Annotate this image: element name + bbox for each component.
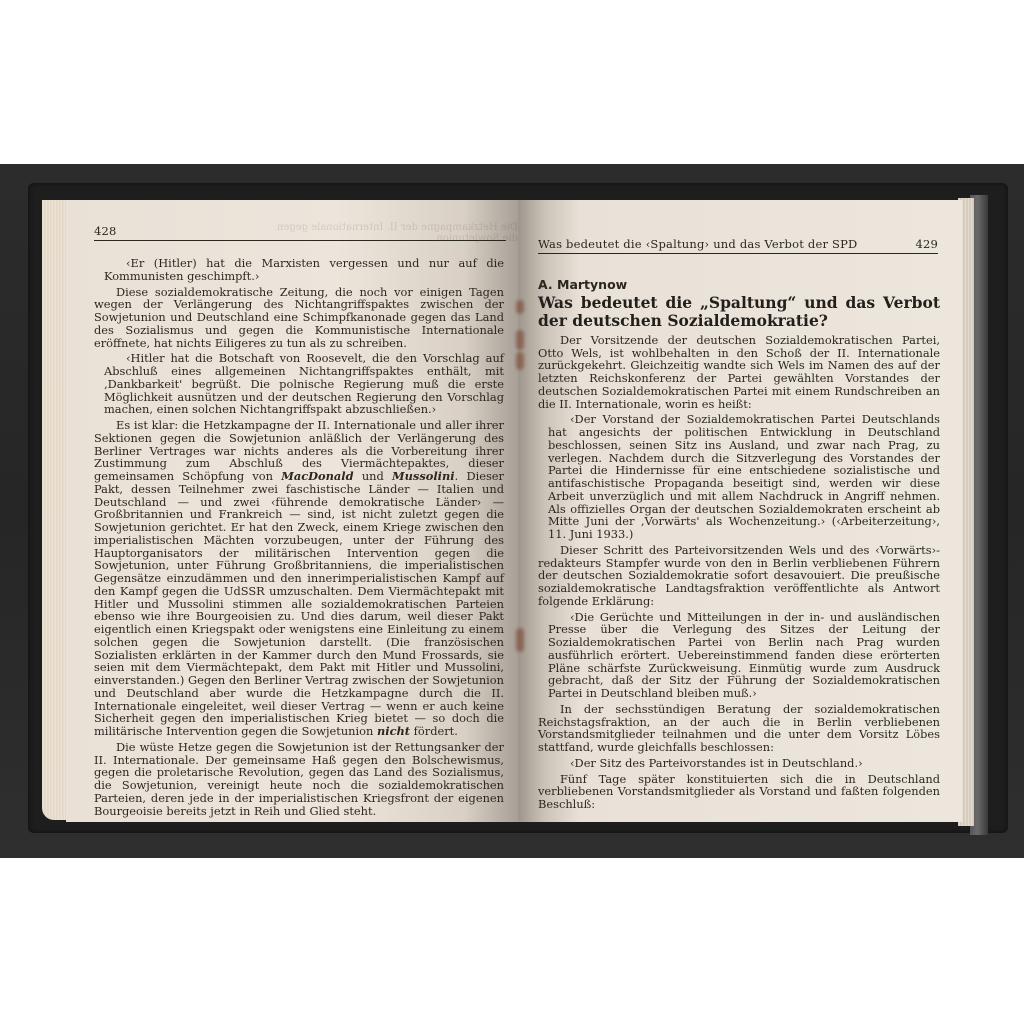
left-page-text: ‹Er (Hitler) hat die Marxisten vergessen… (94, 257, 504, 820)
paragraph-rich: Es ist klar: die Hetzkampagne der II. In… (94, 419, 504, 738)
right-running-head: Was bedeutet die ‹Spaltung› und das Verb… (538, 237, 938, 254)
paragraph: Diese sozialdemokratische Zeitung, die n… (94, 286, 504, 350)
article-author: A. Martynow (538, 279, 940, 292)
text-run: . Dieser Pakt, dessen Teilnehmer zwei fa… (94, 469, 504, 738)
paragraph: ‹Hitler hat die Botschaft von Roosevelt,… (104, 352, 504, 416)
paragraph: Fünf Tage später konstituierten sich die… (538, 773, 940, 811)
gutter-stain (516, 330, 524, 350)
page-number-left: 428 (94, 224, 117, 238)
paragraph: ‹Der Sitz des Parteivorstandes ist in De… (548, 757, 940, 770)
right-page-text: A. Martynow Was bedeutet die „Spaltung“ … (538, 271, 940, 814)
gutter-stain (516, 352, 524, 370)
paragraph: Die wüste Hetze gegen die Sowjetunion is… (94, 741, 504, 818)
gutter-stain (516, 300, 524, 314)
text-run: fördert. (410, 724, 458, 738)
article-title: Was bedeutet die „Spaltung“ und das Verb… (538, 294, 940, 330)
paragraph: ‹Der Vorstand der Sozialdemokratischen P… (548, 413, 940, 541)
gutter-stain (516, 628, 524, 652)
page-number-right: 429 (915, 237, 938, 251)
right-page: Was bedeutet die ‹Spaltung› und das Verb… (518, 200, 962, 822)
paragraph: ‹Er (Hitler) hat die Marxisten vergessen… (104, 257, 504, 283)
running-head-title: Was bedeutet die ‹Spaltung› und das Verb… (538, 237, 857, 251)
emphasis-nicht: nicht (377, 724, 410, 738)
paragraph: In der sechsstündigen Beratung der sozia… (538, 703, 940, 754)
left-page: Die Hetzkampagne der II. Internationale … (66, 200, 518, 822)
paragraph: ‹Die Gerüchte und Mitteilungen in der in… (548, 611, 940, 700)
left-running-head: 428 (94, 224, 506, 241)
paragraph: Dieser Schritt des Parteivorsitzenden We… (538, 544, 940, 608)
paragraph: Der Vorsitzende der deutschen Sozialdemo… (538, 334, 940, 411)
